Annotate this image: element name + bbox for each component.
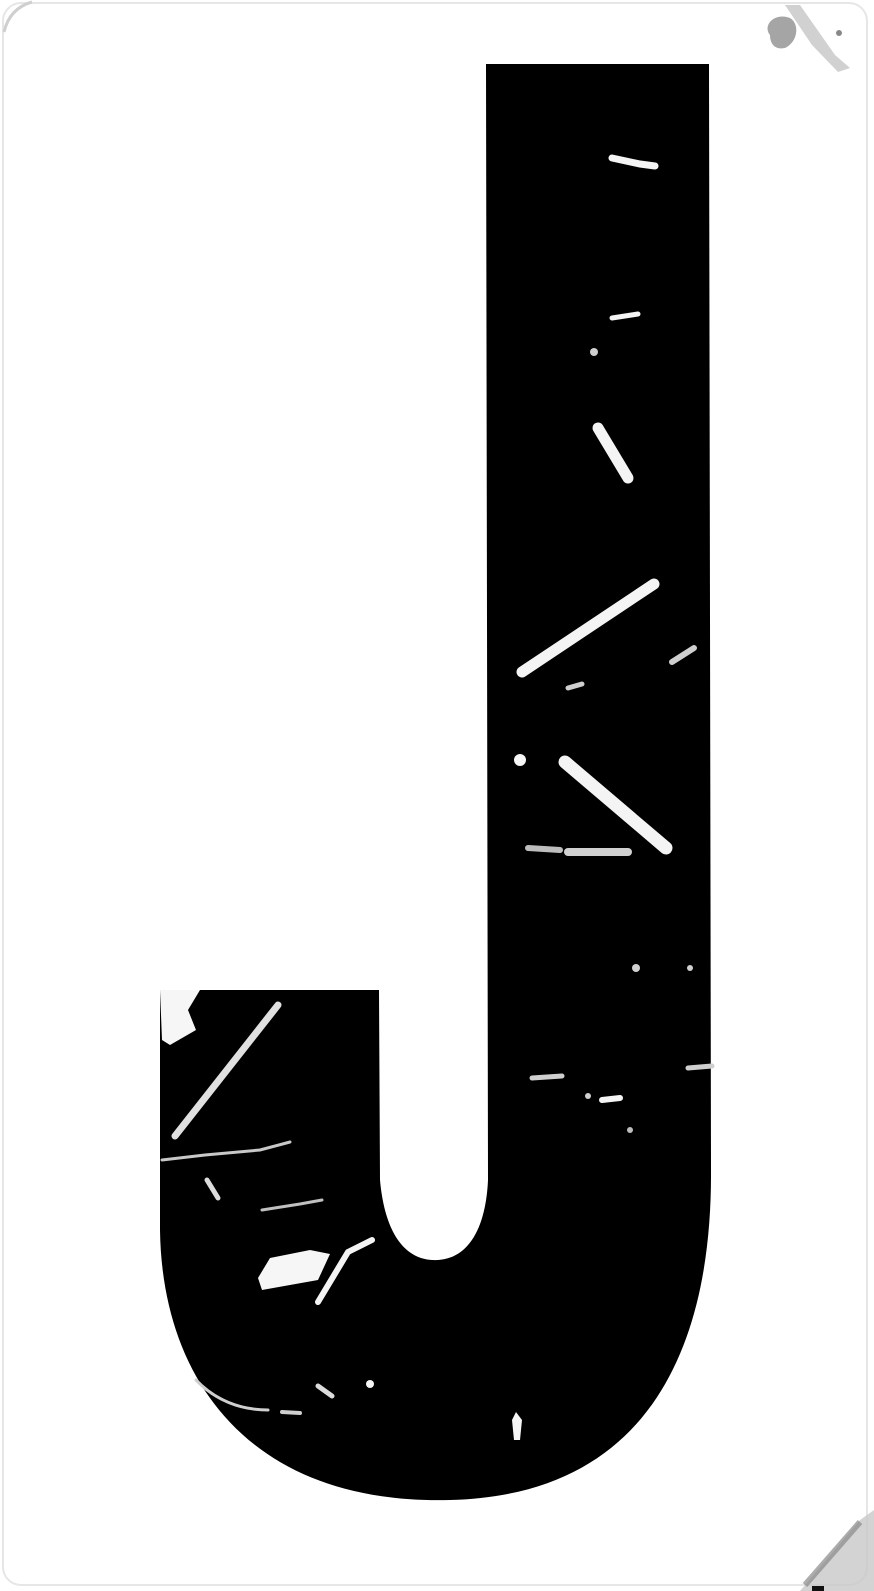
plate-canvas — [0, 0, 874, 1591]
